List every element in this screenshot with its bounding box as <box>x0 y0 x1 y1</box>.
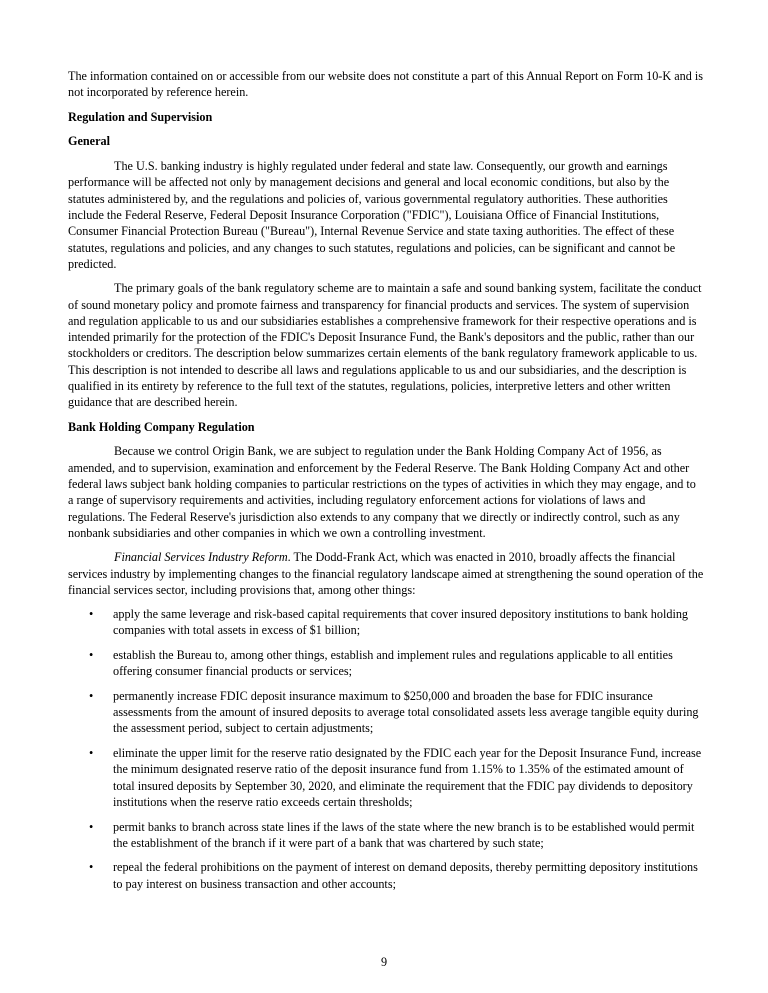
bullet-text: repeal the federal prohibitions on the p… <box>113 860 698 890</box>
reform-paragraph: Financial Services Industry Reform. The … <box>68 549 704 598</box>
bullet-icon: • <box>89 745 93 761</box>
intro-paragraph: The information contained on or accessib… <box>68 68 704 101</box>
general-paragraph-2: The primary goals of the bank regulatory… <box>68 280 704 410</box>
bhc-paragraph: Because we control Origin Bank, we are s… <box>68 443 704 541</box>
bullet-item: •eliminate the upper limit for the reser… <box>68 745 704 810</box>
bullet-text: apply the same leverage and risk-based c… <box>113 607 688 637</box>
bullet-item: •permanently increase FDIC deposit insur… <box>68 688 704 737</box>
section-heading: Regulation and Supervision <box>68 109 704 125</box>
bullet-text: permit banks to branch across state line… <box>113 820 694 850</box>
bullet-icon: • <box>89 647 93 663</box>
page-number: 9 <box>0 954 768 970</box>
reform-title: Financial Services Industry Reform <box>114 550 288 564</box>
general-heading: General <box>68 133 704 149</box>
bullet-text: eliminate the upper limit for the reserv… <box>113 746 701 809</box>
reform-bullet-list: •apply the same leverage and risk-based … <box>68 606 704 892</box>
bullet-text: establish the Bureau to, among other thi… <box>113 648 673 678</box>
bullet-item: •repeal the federal prohibitions on the … <box>68 859 704 892</box>
bullet-text: permanently increase FDIC deposit insura… <box>113 689 699 736</box>
bullet-item: •establish the Bureau to, among other th… <box>68 647 704 680</box>
bhc-heading: Bank Holding Company Regulation <box>68 419 704 435</box>
document-page: The information contained on or accessib… <box>68 68 704 900</box>
general-paragraph-1: The U.S. banking industry is highly regu… <box>68 158 704 272</box>
bullet-item: •apply the same leverage and risk-based … <box>68 606 704 639</box>
bullet-icon: • <box>89 606 93 622</box>
bullet-icon: • <box>89 859 93 875</box>
bullet-icon: • <box>89 819 93 835</box>
bullet-item: •permit banks to branch across state lin… <box>68 819 704 852</box>
bullet-icon: • <box>89 688 93 704</box>
